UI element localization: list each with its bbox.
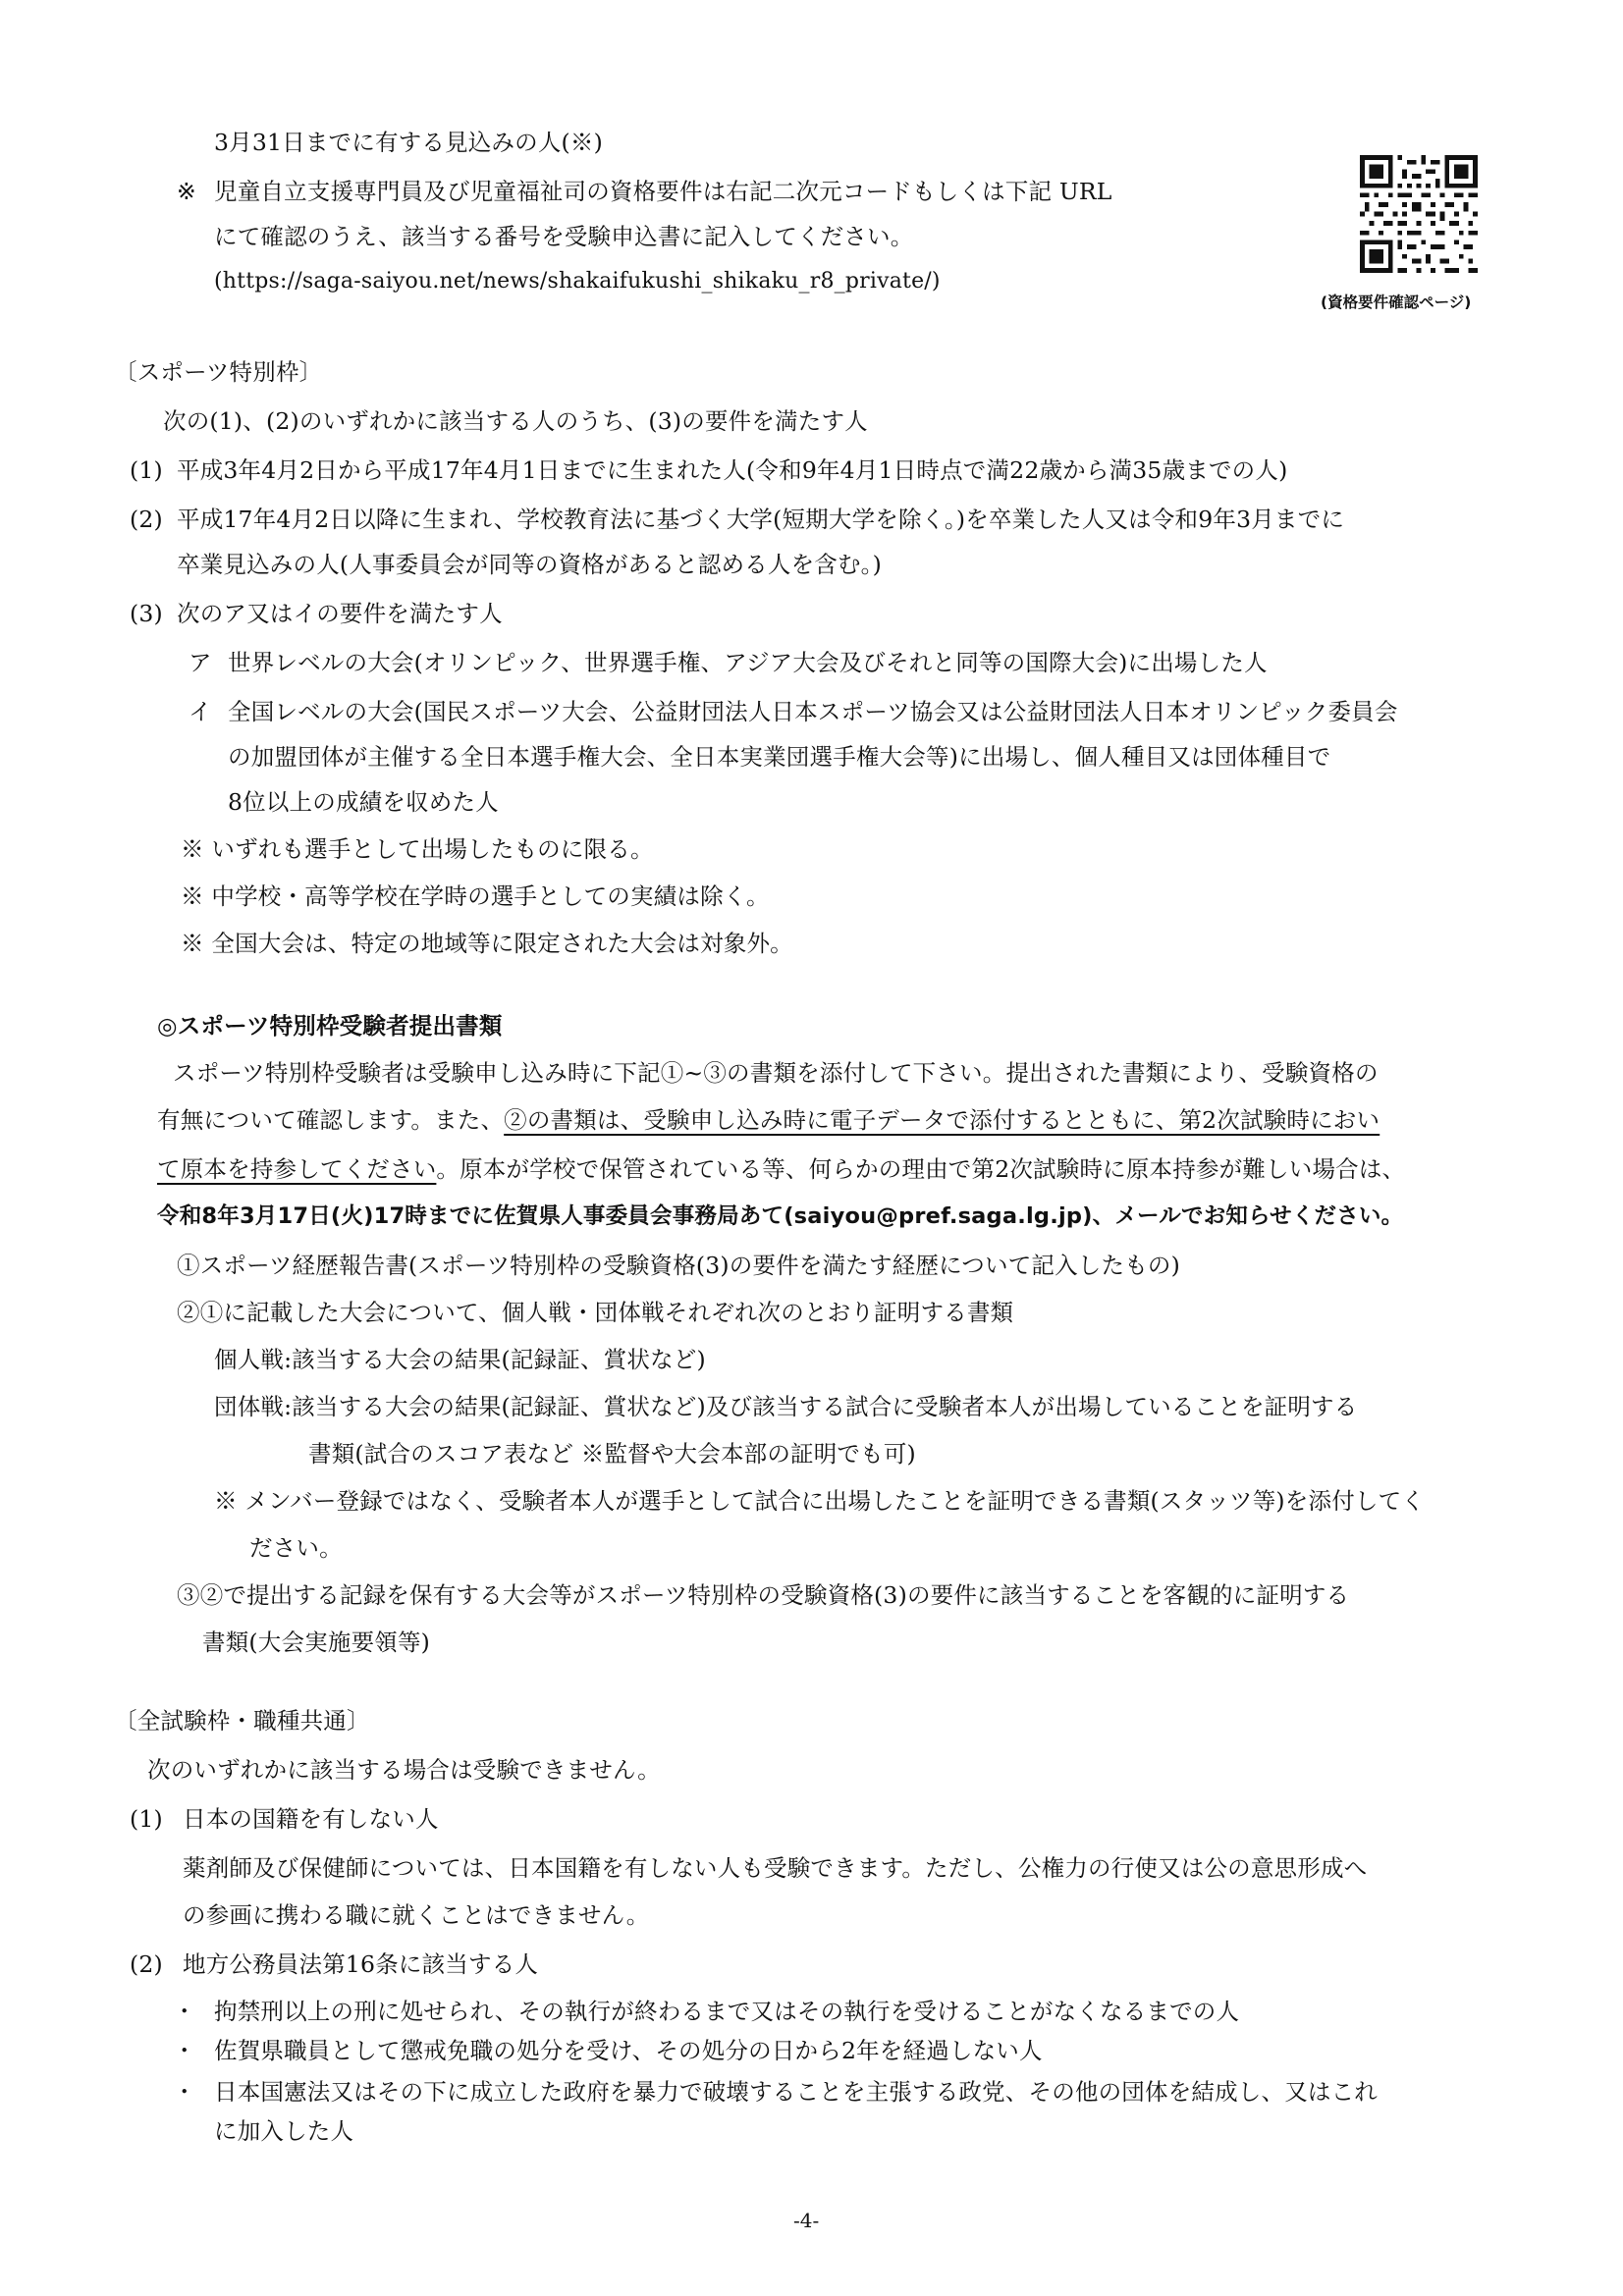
sub-item-mark: イ [189, 697, 212, 726]
documents-paragraph-cont: 有無について確認します。また、②の書類は、受験申し込み時に電子データで添付すると… [157, 1105, 1380, 1135]
sports-item-text-cont: 卒業見込みの人(人事委員会が同等の資格があると認める人を含む。) [177, 550, 882, 579]
sports-item-number: (2) [130, 505, 163, 534]
common-item-title: 地方公務員法第16条に該当する人 [183, 1949, 538, 1979]
individual-match-docs: 個人戦:該当する大会の結果(記録証、賞状など) [214, 1345, 706, 1374]
bullet-icon: ・ [173, 2077, 196, 2107]
sub-item-text: 世界レベルの大会(オリンピック、世界選手権、アジア大会及びそれと同等の国際大会)… [228, 648, 1268, 677]
sub-item-mark: ア [189, 648, 212, 677]
documents-paragraph-cont: て原本を持参してください。原本が学校で保管されている等、何らかの理由で第2次試験… [157, 1154, 1405, 1184]
documents-text: 。原本が学校で保管されている等、何らかの理由で第2次試験時に原本持参が難しい場合… [436, 1155, 1405, 1183]
qualification-url[interactable]: (https://saga-saiyou.net/news/shakaifuku… [214, 267, 941, 296]
documents-underlined-text: ②の書類は、受験申し込み時に電子データで添付するとともに、第2次試験時におい [504, 1106, 1380, 1134]
document-list-item-3: ③②で提出する記録を保有する大会等がスポーツ特別枠の受験資格(3)の要件に該当す… [177, 1580, 1349, 1610]
sports-item-text: 平成17年4月2日以降に生まれ、学校教育法に基づく大学(短期大学を除く。)を卒業… [177, 505, 1344, 534]
section-heading-documents: ◎スポーツ特別枠受験者提出書類 [157, 1011, 503, 1041]
documents-text: 有無について確認します。また、 [157, 1106, 504, 1134]
qr-caption: (資格要件確認ページ) [1321, 291, 1471, 312]
disqualification-bullet-cont: に加入した人 [214, 2116, 353, 2146]
common-item-desc-cont: の参画に携わる職に就くことはできません。 [183, 1900, 649, 1930]
documents-underlined-text: て原本を持参してください [157, 1155, 436, 1183]
team-match-docs: 団体戦:該当する大会の結果(記録証、賞状など)及び該当する試合に受験者本人が出場… [214, 1392, 1357, 1421]
bullet-icon: ・ [173, 1997, 196, 2026]
document-list-item-1: ①スポーツ経歴報告書(スポーツ特別枠の受験資格(3)の要件を満たす経歴について記… [177, 1251, 1180, 1280]
disqualification-bullet: 佐賀県職員として懲戒免職の処分を受け、その処分の日から2年を経過しない人 [214, 2036, 1043, 2065]
note-mark: ※ [177, 177, 196, 206]
documents-paragraph: スポーツ特別枠受験者は受験申し込み時に下記①~③の書類を添付して下さい。提出され… [173, 1058, 1379, 1088]
common-item-number: (1) [130, 1804, 163, 1834]
deadline-notice: 令和8年3月17日(火)17時までに佐賀県人事委員会事務局あて(saiyou@p… [157, 1201, 1403, 1231]
common-item-desc: 薬剤師及び保健師については、日本国籍を有しない人も受験できます。ただし、公権力の… [183, 1853, 1367, 1883]
sports-note: ※ 全国大会は、特定の地域等に限定された大会は対象外。 [181, 929, 793, 958]
team-match-docs-cont: 書類(試合のスコア表など ※監督や大会本部の証明でも可) [308, 1439, 916, 1468]
section-heading-sports: 〔スポーツ特別枠〕 [114, 357, 322, 387]
document-list-item-3-cont: 書類(大会実施要領等) [202, 1628, 430, 1657]
disqualification-bullet: 拘禁刑以上の刑に処せられ、その執行が終わるまで又はその執行を受けることがなくなる… [214, 1997, 1239, 2026]
sports-note: ※ 中学校・高等学校在学時の選手としての実績は除く。 [181, 881, 770, 911]
sports-item-text: 次のア又はイの要件を満たす人 [177, 599, 503, 628]
common-item-number: (2) [130, 1949, 163, 1979]
sports-lead: 次の(1)、(2)のいずれかに該当する人のうち、(3)の要件を満たす人 [163, 406, 868, 436]
document-list-item-2: ②①に記載した大会について、個人戦・団体戦それぞれ次のとおり証明する書類 [177, 1298, 1013, 1327]
page-number: -4- [793, 2209, 819, 2232]
qualification-note-cont: にて確認のうえ、該当する番号を受験申込書に記入してください。 [214, 222, 913, 251]
sub-item-text: 全国レベルの大会(国民スポーツ大会、公益財団法人日本スポーツ協会又は公益財団法人… [228, 697, 1398, 726]
document-note: ※ メンバー登録ではなく、受験者本人が選手として試合に出場したことを証明できる書… [214, 1486, 1425, 1516]
bullet-icon: ・ [173, 2036, 196, 2065]
common-item-title: 日本の国籍を有しない人 [183, 1804, 439, 1834]
document-note-cont: ださい。 [249, 1533, 343, 1563]
sports-item-text: 平成3年4月2日から平成17年4月1日までに生まれた人(令和9年4月1日時点で満… [177, 455, 1287, 485]
intro-line: 3月31日までに有する見込みの人(※) [214, 128, 603, 157]
sports-note: ※ いずれも選手として出場したものに限る。 [181, 834, 654, 864]
sub-item-text-cont: の加盟団体が主催する全日本選手権大会、全日本実業団選手権大会等)に出場し、個人種… [228, 742, 1330, 772]
sports-item-number: (3) [130, 599, 163, 628]
disqualification-bullet: 日本国憲法又はその下に成立した政府を暴力で破壊することを主張する政党、その他の団… [214, 2077, 1378, 2107]
document-page: 3月31日までに有する見込みの人(※) ※ 児童自立支援専門員及び児童福祉司の資… [0, 0, 1623, 2296]
common-lead: 次のいずれかに該当する場合は受験できません。 [147, 1755, 661, 1785]
qualification-note: 児童自立支援専門員及び児童福祉司の資格要件は右記二次元コードもしくは下記 URL [214, 177, 1112, 206]
section-heading-common: 〔全試験枠・職種共通〕 [114, 1706, 370, 1735]
qr-code-icon[interactable] [1360, 155, 1478, 273]
sub-item-text-cont: 8位以上の成績を収めた人 [228, 787, 499, 817]
sports-item-number: (1) [130, 455, 163, 485]
